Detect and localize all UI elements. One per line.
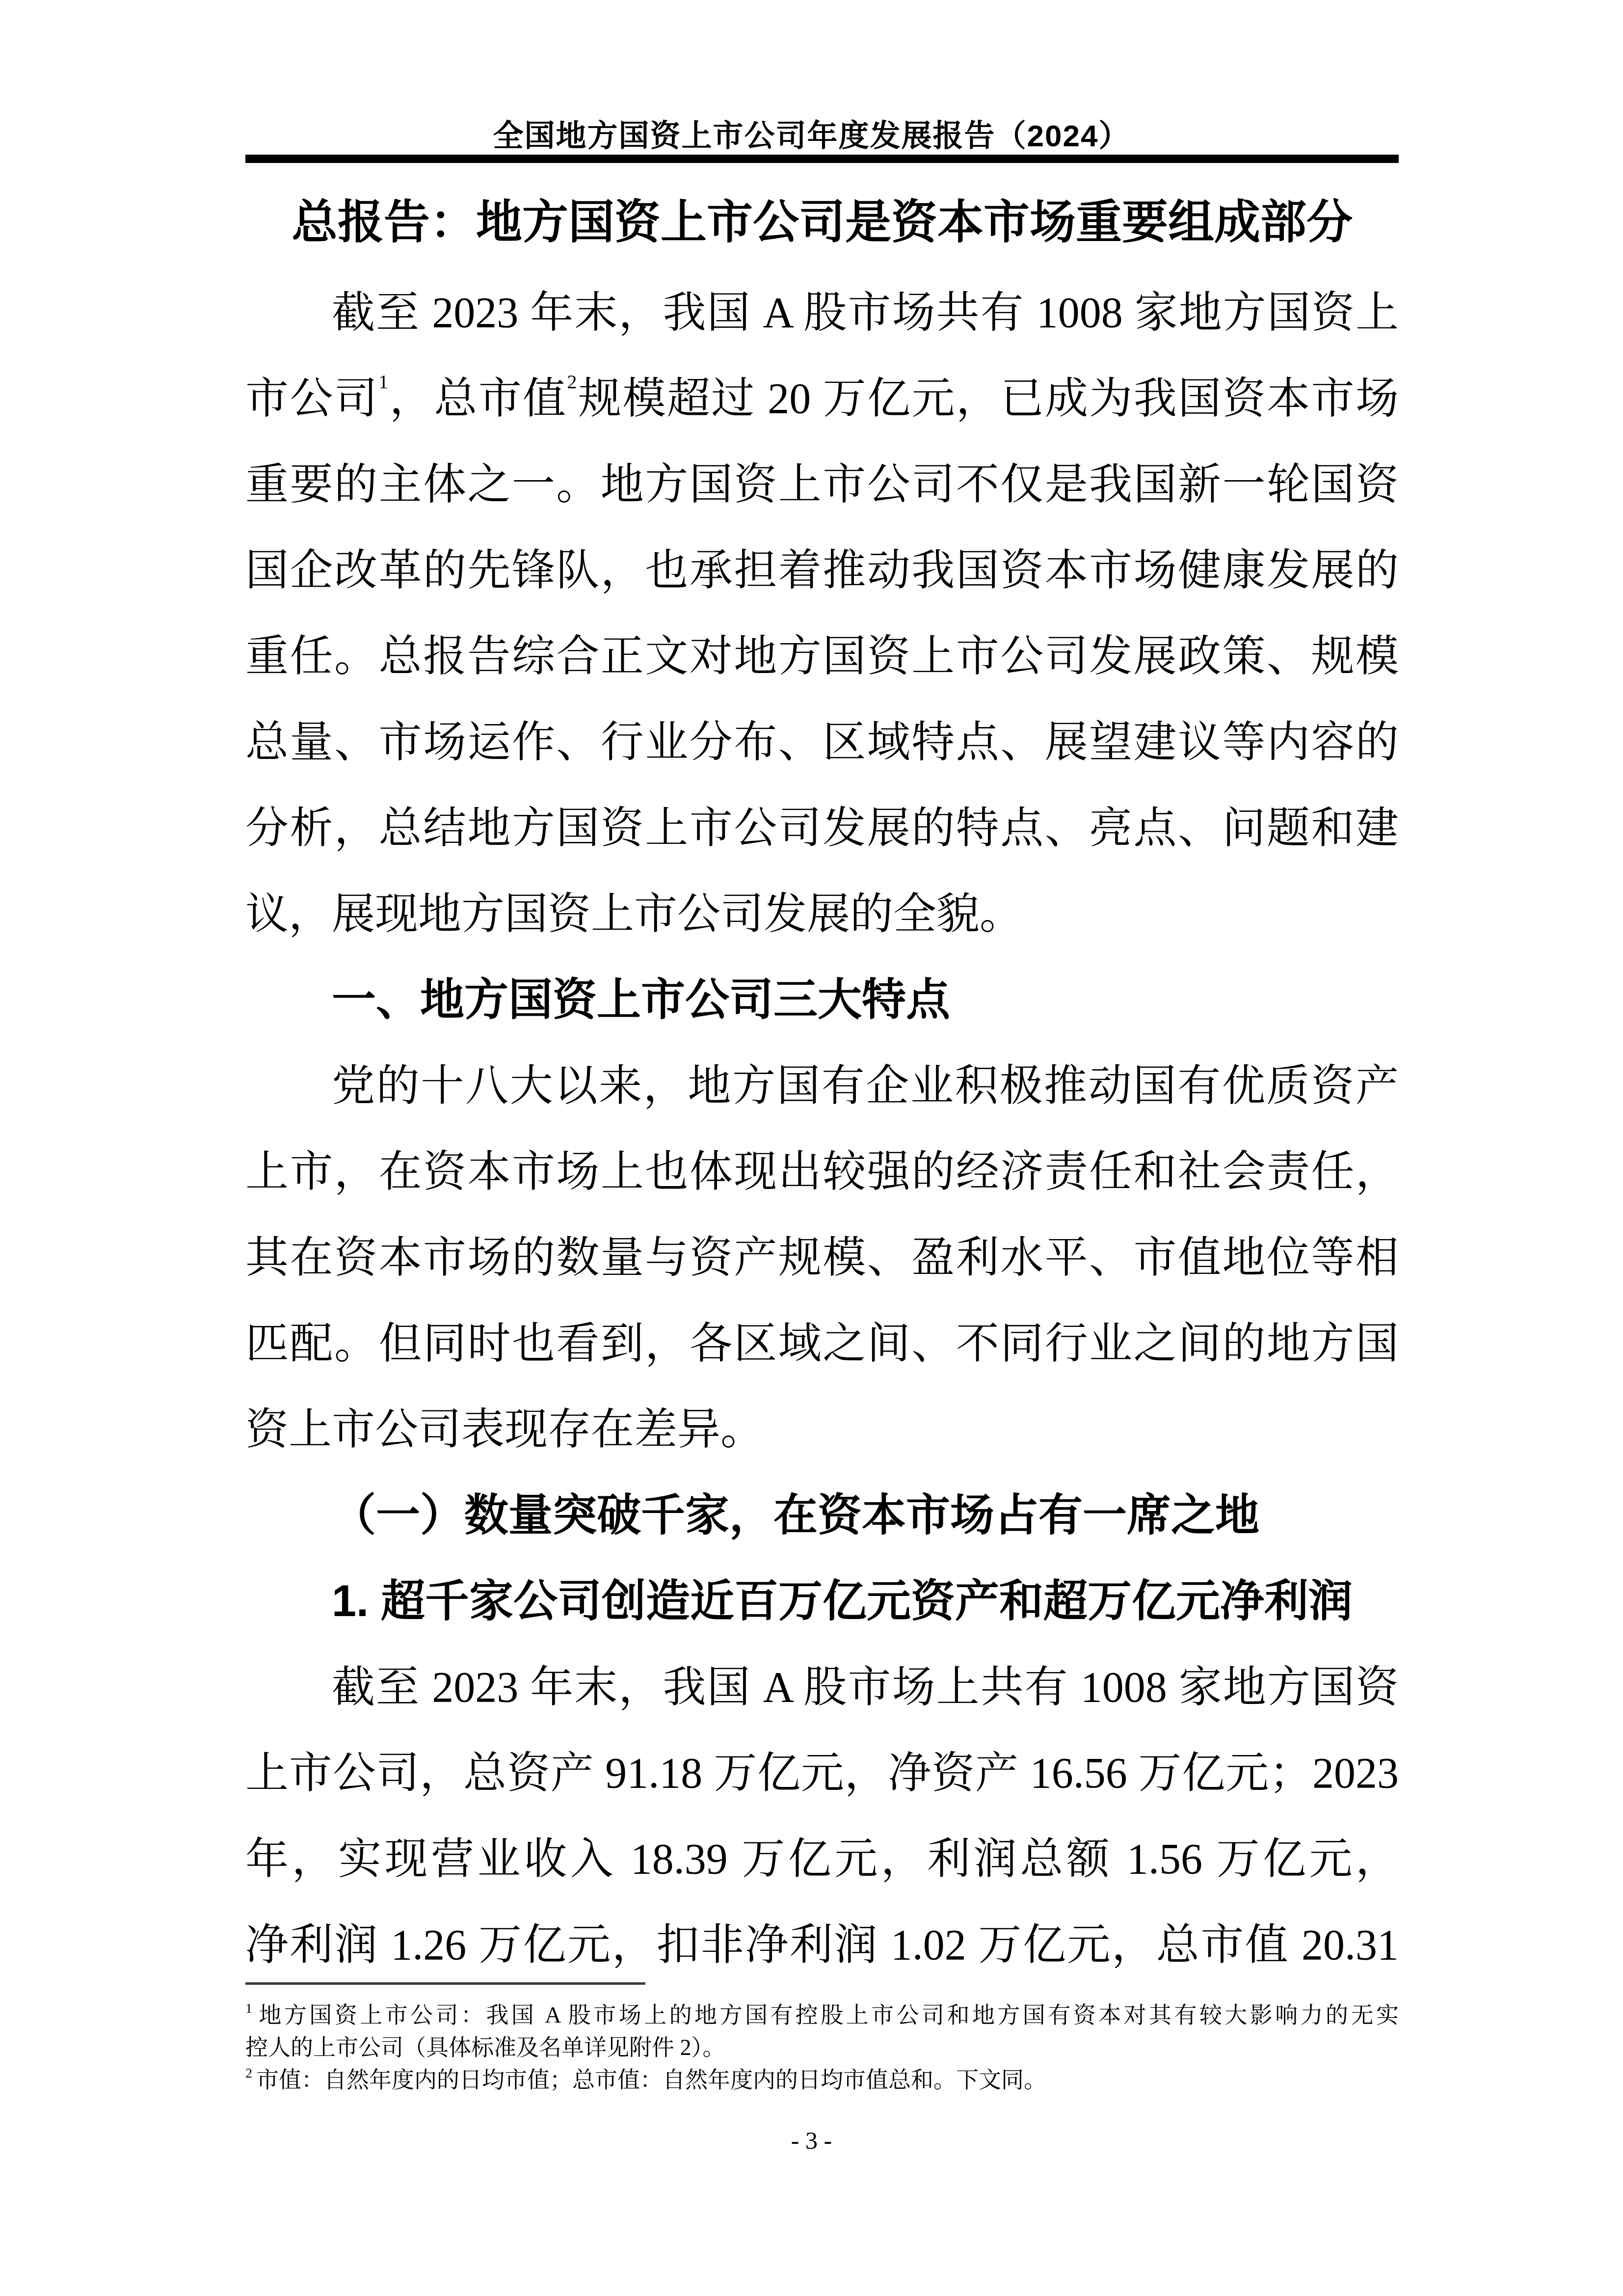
section-heading-1: 一、地方国资上市公司三大特点 xyxy=(245,957,1399,1043)
header-rule xyxy=(245,155,1399,163)
running-header-title: 全国地方国资上市公司年度发展报告（2024） xyxy=(0,119,1623,154)
footnote-2-line: 2市值：自然年度内的日均市值；总市值：自然年度内的日均市值总和。下文同。 xyxy=(245,2064,1399,2096)
paragraph-1-line-1: 截至 2023 年末，我国 A 股市场共有 1008 家地方国资上 xyxy=(245,270,1399,356)
paragraph-1-line-4: 国企改革的先锋队，也承担着推动我国资本市场健康发展的 xyxy=(245,528,1399,614)
paragraph-1-line-6: 总量、市场运作、行业分布、区域特点、展望建议等内容的 xyxy=(245,700,1399,785)
p1-l2-text-a: 市公司 xyxy=(245,375,378,423)
paragraph-3-line-2: 上市公司，总资产 91.18 万亿元，净资产 16.56 万亿元；2023 xyxy=(245,1730,1399,1816)
paragraph-2-line-2: 上市，在资本市场上也体现出较强的经济责任和社会责任， xyxy=(245,1129,1399,1215)
footnote-2-marker: 2 xyxy=(245,2066,252,2081)
paragraph-2-line-4: 匹配。但同时也看到，各区域之间、不同行业之间的地方国 xyxy=(245,1301,1399,1387)
page-number: - 3 - xyxy=(0,2126,1623,2155)
subsection-heading-1: （一）数量突破千家，在资本市场占有一席之地 xyxy=(245,1473,1399,1559)
footnotes: 1地方国资上市公司：我国 A 股市场上的地方国有控股上市公司和地方国有资本对其有… xyxy=(245,1999,1399,2096)
p1-l2-text-b: ，总市值 xyxy=(388,375,567,423)
document-title: 总报告：地方国资上市公司是资本市场重要组成部分 xyxy=(245,195,1399,249)
paragraph-3-line-3: 年，实现营业收入 18.39 万亿元，利润总额 1.56 万亿元， xyxy=(245,1816,1399,1902)
paragraph-1-line-7: 分析，总结地方国资上市公司发展的特点、亮点、问题和建 xyxy=(245,785,1399,871)
footnote-1-line-1: 1地方国资上市公司：我国 A 股市场上的地方国有控股上市公司和地方国有资本对其有… xyxy=(245,1999,1399,2031)
paragraph-1-line-2: 市公司1，总市值2规模超过 20 万亿元，已成为我国资本市场 xyxy=(245,356,1399,442)
footnote-1-line-2: 控人的上市公司（具体标准及名单详见附件 2）。 xyxy=(245,2031,1399,2064)
footnote-1-marker: 1 xyxy=(245,2001,252,2016)
paragraph-1-line-3: 重要的主体之一。地方国资上市公司不仅是我国新一轮国资 xyxy=(245,442,1399,528)
paragraph-2-line-1: 党的十八大以来，地方国有企业积极推动国有优质资产 xyxy=(245,1043,1399,1129)
footnote-ref-1: 1 xyxy=(378,371,388,393)
footnote-divider-rule xyxy=(245,1982,645,1985)
footnote-1-text-a: 地方国资上市公司：我国 A 股市场上的地方国有控股上市公司和地方国有资本对其有较… xyxy=(256,2002,1399,2027)
paragraph-3-line-4: 净利润 1.26 万亿元，扣非净利润 1.02 万亿元，总市值 20.31 xyxy=(245,1902,1399,1988)
footnote-ref-2: 2 xyxy=(567,371,577,393)
numbered-heading-1: 1. 超千家公司创造近百万亿元资产和超万亿元净利润 xyxy=(245,1559,1399,1645)
body-text: 截至 2023 年末，我国 A 股市场共有 1008 家地方国资上 市公司1，总… xyxy=(245,270,1399,1988)
paragraph-1-line-5: 重任。总报告综合正文对地方国资上市公司发展政策、规模 xyxy=(245,614,1399,700)
paragraph-2-line-5: 资上市公司表现存在差异。 xyxy=(245,1387,1399,1473)
p1-l2-text-c: 规模超过 20 万亿元，已成为我国资本市场 xyxy=(577,375,1399,423)
paragraph-3-line-1: 截至 2023 年末，我国 A 股市场上共有 1008 家地方国资 xyxy=(245,1645,1399,1730)
footnote-2-text: 市值：自然年度内的日均市值；总市值：自然年度内的日均市值总和。下文同。 xyxy=(256,2067,1046,2092)
paragraph-2-line-3: 其在资本市场的数量与资产规模、盈利水平、市值地位等相 xyxy=(245,1215,1399,1301)
paragraph-1-line-8: 议，展现地方国资上市公司发展的全貌。 xyxy=(245,871,1399,957)
document-page: 全国地方国资上市公司年度发展报告（2024） 总报告：地方国资上市公司是资本市场… xyxy=(0,0,1623,2296)
